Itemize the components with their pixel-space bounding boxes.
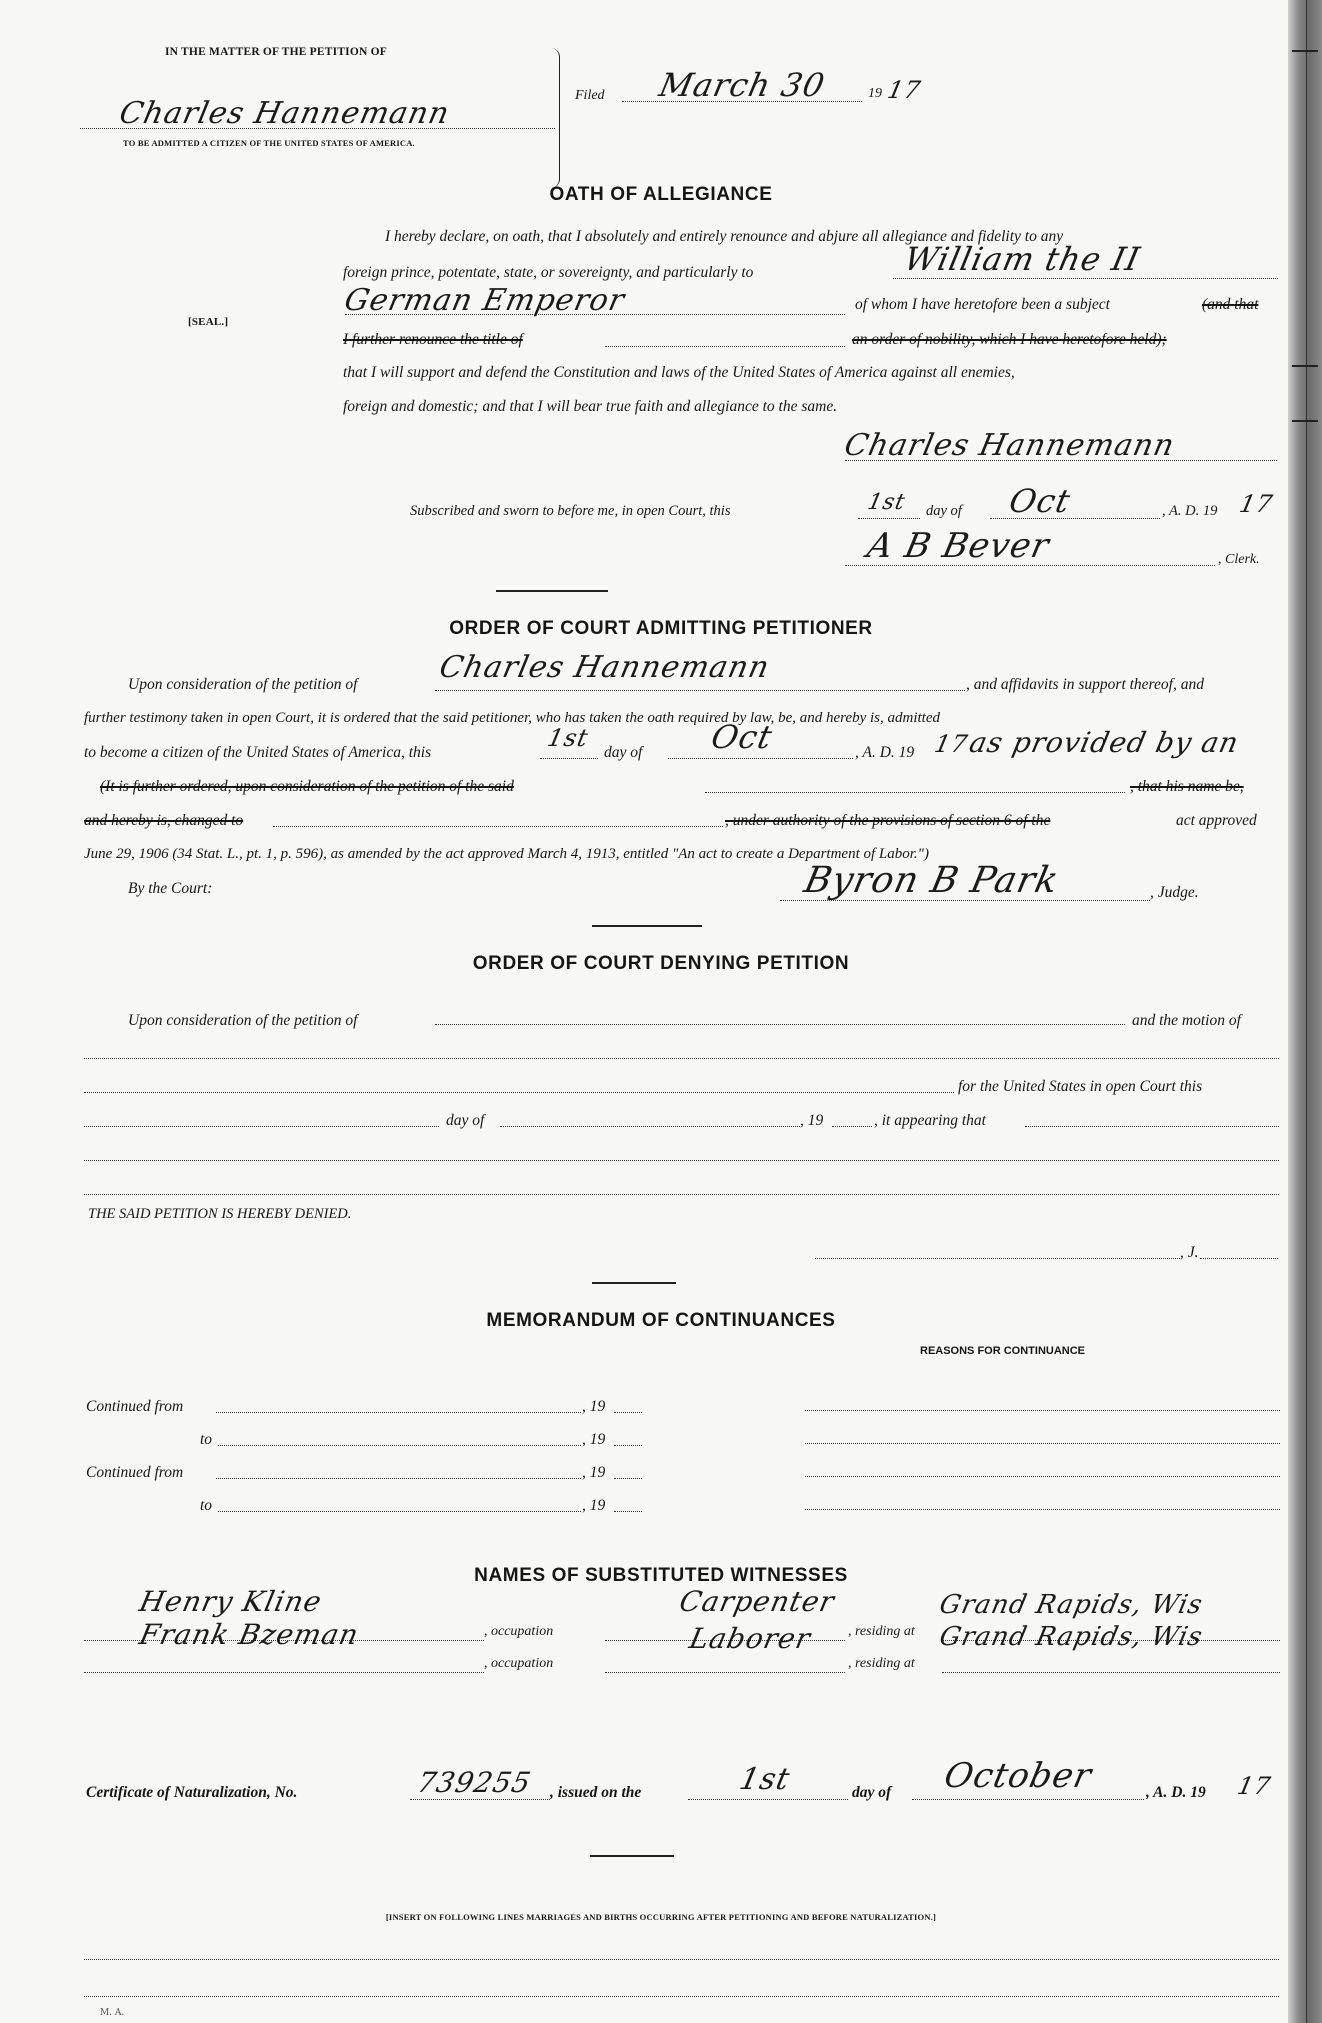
judge-label: , Judge. [1150,884,1199,902]
continuance-year: , 19 [582,1464,605,1482]
footer-mark: M. A. [100,2008,124,2018]
certificate-number: 739255 [414,1766,534,1799]
sworn-ad: , A. D. 19 [1162,503,1217,520]
continuance-label: Continued from [86,1398,183,1416]
petitioner-signature-line [845,460,1277,461]
section-divider [590,1855,674,1857]
oath-line-3: of whom I have heretofore been a subject [855,296,1110,314]
judge-signature-line [780,900,1150,901]
clerk-signature-line [845,565,1215,566]
sworn-day: 1st [865,490,907,515]
witnesses-title: NAMES OF SUBSTITUTED WITNESSES [0,1565,1322,1587]
certificate-day-of: day of [852,1784,891,1802]
continuance-year: , 19 [582,1497,605,1515]
insert-blank-line [84,1959,1279,1960]
admitting-line-6: June 29, 1906 (34 Stat. L., pt. 1, p. 59… [84,846,929,863]
admitting-petitioner: Charles Hannemann [436,650,773,685]
clerk-signature: A B Bever [864,526,1053,566]
insert-blank-line [84,1996,1279,1997]
admitting-name-change-struck-b: , that his name be, [1130,778,1244,796]
sovereign-line [893,278,1278,279]
continuance-year-line [614,1478,642,1479]
witness-name: Frank Bzeman [136,1618,362,1651]
sworn-label: Subscribed and sworn to before me, in op… [410,503,730,520]
seal-label: [SEAL.] [188,316,228,328]
admitting-month-line [668,758,853,759]
sovereign-title: German Emperor [341,283,628,318]
witness-residence: Grand Rapids, Wis [937,1590,1206,1620]
clerk-label: , Clerk. [1218,552,1260,568]
oath-line-5: that I will support and defend the Const… [343,364,1015,382]
admitting-month: Oct [708,718,776,756]
insert-note: [INSERT ON FOLLOWING LINES MARRIAGES AND… [0,1912,1322,1922]
certificate-year: 17 [1235,1772,1273,1800]
witness-occupation-line [605,1672,845,1673]
continuance-date-line [218,1511,581,1512]
admitting-line-3a: to become a citizen of the United States… [84,744,431,762]
oath-line-6: foreign and domestic; and that I will be… [343,398,837,416]
sovereign-name: William the II [901,240,1144,278]
filed-year-prefix: 19 [868,86,882,102]
certificate-ad: , A. D. 19 [1146,1784,1206,1802]
admitting-day: 1st [545,724,591,752]
admitting-act-approved: act approved [1176,812,1257,830]
witness-residence: Grand Rapids, Wis [937,1622,1206,1652]
witness-occupation: Carpenter [676,1585,837,1618]
denying-line-1a: Upon consideration of the petition of [128,1012,357,1030]
sworn-month: Oct [1006,482,1074,520]
admit-label: TO BE ADMITTED A CITIZEN OF THE UNITED S… [123,138,415,148]
denying-blank-line [84,1058,1279,1059]
oath-line-3-struck: (and that [1202,296,1258,314]
page-binding-edge [1288,0,1322,2023]
name-change-line-1 [705,792,1125,793]
admitting-ad: , A. D. 19 [855,744,914,762]
denying-petitioner-line [435,1024,1125,1025]
petitioner-name: Charles Hannemann [116,96,453,131]
certificate-month: October [941,1756,1096,1796]
sworn-day-of: day of [926,503,962,520]
denying-judge-line [815,1258,1180,1259]
oath-nobility-struck-b: an order of nobility, which I have heret… [852,331,1167,349]
admitting-title: ORDER OF COURT ADMITTING PETITIONER [0,618,1322,640]
continuance-year-line [614,1511,642,1512]
denying-blank-line [84,1092,954,1093]
denying-month-line [500,1126,800,1127]
denying-title: ORDER OF COURT DENYING PETITION [0,953,1322,975]
oath-line-2: foreign prince, potentate, state, or sov… [343,264,753,282]
admitting-line-2: further testimony taken in open Court, i… [84,710,940,727]
admitting-day-of: day of [604,744,642,762]
continuance-date-line [218,1445,581,1446]
denying-day-of: day of [446,1112,484,1130]
denied-statement: THE SAID PETITION IS HEREBY DENIED. [88,1206,351,1223]
naturalization-record-page: IN THE MATTER OF THE PETITION OF Charles… [0,0,1322,2023]
section-divider [592,1282,676,1284]
continuance-label: Continued from [86,1464,183,1482]
occupation-label: , occupation [484,1656,553,1672]
denying-blank-line [84,1160,1279,1161]
denying-day-line [84,1126,439,1127]
residing-label: , residing at [848,1656,915,1672]
filed-date-line [622,101,862,102]
filed-date: March 30 [656,66,829,104]
denying-appearing-line [1025,1126,1279,1127]
reasons-header: REASONS FOR CONTINUANCE [920,1345,1085,1357]
admitting-name-change-struck-c: and hereby is, changed to [84,812,243,830]
petitioner-signature: Charles Hannemann [841,428,1178,463]
continuances-title: MEMORANDUM OF CONTINUANCES [0,1310,1322,1332]
denying-judge-mark: , J. [1180,1244,1199,1262]
occupation-label: , occupation [484,1624,553,1640]
admitting-petitioner-line [435,690,965,691]
admitting-provided-note: as provided by an [966,726,1242,759]
admitting-day-line [540,758,598,759]
section-divider [592,925,702,927]
continuance-date-line [216,1478,581,1479]
witness-name: Henry Kline [136,1585,325,1618]
continuance-date-line [216,1412,581,1413]
filed-year: 17 [885,76,923,104]
continuance-reason-line [805,1509,1280,1510]
continuance-reason-line [805,1410,1280,1411]
certificate-number-line [410,1799,550,1800]
denying-line-3: for the United States in open Court this [958,1078,1202,1096]
admitting-line-1a: Upon consideration of the petition of [128,676,357,694]
witness-residence-line [942,1672,1280,1673]
oath-nobility-struck-a: I further renounce the title of [343,331,523,349]
denying-judge-line-tail [1200,1258,1278,1259]
continuance-year-line [614,1412,642,1413]
admitting-name-change-struck-d: , under authority of the provisions of s… [725,812,1050,830]
sworn-year: 17 [1237,490,1275,518]
sovereign-title-line [345,314,845,315]
admitting-name-change-struck-a: (It is further ordered, upon considerati… [100,778,514,796]
continuance-reason-line [805,1476,1280,1477]
residing-label: , residing at [848,1624,915,1640]
section-divider [496,590,608,592]
by-the-court-label: By the Court: [128,880,212,898]
oath-title: OATH OF ALLEGIANCE [0,184,1322,206]
certificate-month-line [912,1799,1144,1800]
continuance-year: , 19 [582,1431,605,1449]
admitting-line-1b: , and affidavits in support thereof, and [966,676,1204,694]
admitting-year: 17 [932,730,970,758]
header-brace [551,48,560,188]
judge-signature: Byron B Park [801,860,1063,901]
continuance-year-line [614,1445,642,1446]
name-change-line-2 [273,826,723,827]
matter-label: IN THE MATTER OF THE PETITION OF [165,46,387,58]
witness-name-line [84,1672,484,1673]
denying-year: , 19 [800,1112,823,1130]
certificate-day: 1st [736,1762,793,1797]
sworn-day-line [858,518,920,519]
certificate-label: Certificate of Naturalization, No. [86,1784,297,1802]
denying-appearing: , it appearing that [874,1112,986,1130]
petitioner-name-line [80,128,555,129]
continuance-year: , 19 [582,1398,605,1416]
certificate-issued-label: , issued on the [550,1784,641,1802]
continuance-label: to [200,1497,212,1515]
certificate-day-line [688,1799,848,1800]
filed-label: Filed [575,88,605,104]
witness-occupation: Laborer [686,1622,813,1655]
continuance-label: to [200,1431,212,1449]
continuance-reason-line [805,1443,1280,1444]
denying-blank-line [84,1194,1279,1195]
nobility-title-line [605,346,845,347]
denying-year-line [832,1126,872,1127]
denying-line-1b: and the motion of [1132,1012,1241,1030]
